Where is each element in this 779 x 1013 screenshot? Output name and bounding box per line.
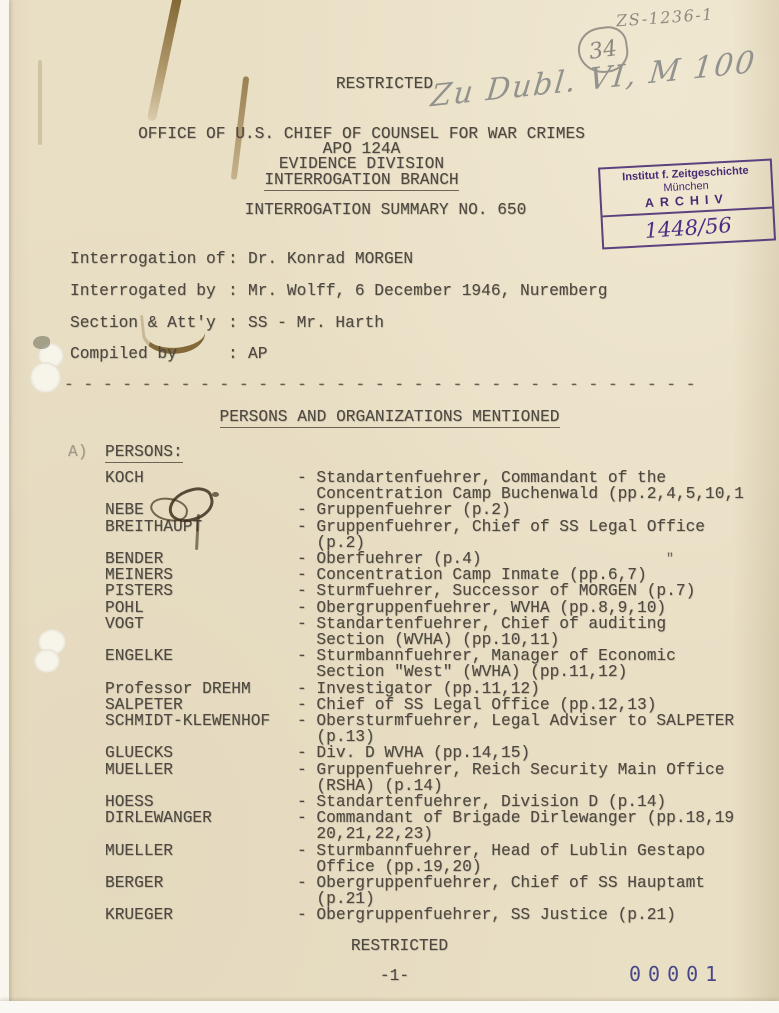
person-row: VOGT- Standartenfuehrer, Chief of auditi… <box>105 616 777 648</box>
person-row: HOESS- Standartenfuehrer, Division D (p.… <box>105 794 777 810</box>
person-description: - Obersturmfuehrer, Legal Adviser to SAL… <box>297 713 734 745</box>
person-description: - Obergruppenfuehrer, WVHA (pp.8,9,10) <box>297 600 666 616</box>
detail-value: Mr. Wolff, 6 December 1946, Nuremberg <box>248 283 607 315</box>
person-row: ENGELKE- Sturmbannfuehrer, Manager of Ec… <box>105 648 777 680</box>
serial-number-stamp: 00001 <box>629 962 724 986</box>
document-page: ZS-1236-1 34 Zu Dubl. VI, M 100 Institut… <box>0 0 779 1013</box>
smudge-mark <box>33 336 50 349</box>
detail-row: Interrogation of:Dr. Konrad MORGEN <box>70 251 730 283</box>
person-row: SCHMIDT-KLEWENHOF- Obersturmfuehrer, Leg… <box>105 713 777 745</box>
person-description: - Oberfuehrer (p.4) <box>297 551 482 567</box>
stray-mark: " <box>666 551 674 567</box>
classification-header: RESTRICTED <box>0 76 779 92</box>
person-row: SALPETER- Chief of SS Legal Office (pp.1… <box>105 697 777 713</box>
person-description: - Chief of SS Legal Office (pp.12,13) <box>297 697 656 713</box>
persons-list: KOCH- Standartenfuehrer, Commandant of t… <box>105 470 777 924</box>
person-row: PISTERS- Sturmfuehrer, Successor of MORG… <box>105 583 777 599</box>
summary-title: INTERROGATION SUMMARY NO. 650 <box>0 202 779 218</box>
detail-row: Interrogated by:Mr. Wolff, 6 December 19… <box>70 283 730 315</box>
person-name: HOESS <box>105 794 297 810</box>
person-name: GLUECKS <box>105 745 297 761</box>
person-name: MUELLER <box>105 843 297 875</box>
person-name: KRUEGER <box>105 907 297 923</box>
scan-edge-bottom <box>0 1001 779 1013</box>
person-row: DIRLEWANGER- Commandant of Brigade Dirle… <box>105 810 777 842</box>
person-row: MEINERS- Concentration Camp Inmate (pp.6… <box>105 567 777 583</box>
detail-row: Compiled by:AP <box>70 346 730 378</box>
detail-colon: : <box>228 283 248 315</box>
person-name: DIRLEWANGER <box>105 810 297 842</box>
classification-footer: RESTRICTED <box>0 938 779 954</box>
person-description: - Sturmbannfuehrer, Head of Lublin Gesta… <box>297 843 705 875</box>
branch-line: INTERROGATION BRANCH <box>0 172 779 188</box>
person-name: VOGT <box>105 616 297 648</box>
details-rows: Interrogation of:Dr. Konrad MORGENInterr… <box>70 251 730 378</box>
detail-row: Section & Att'y:SS - Mr. Harth <box>70 315 730 347</box>
person-row: BENDER- Oberfuehrer (p.4) <box>105 551 777 567</box>
detail-value: AP <box>248 346 267 378</box>
person-name: MUELLER <box>105 762 297 794</box>
person-description: - Div. D WVHA (pp.14,15) <box>297 745 530 761</box>
detail-label: Section & Att'y <box>70 315 228 347</box>
person-description: - Sturmbannfuehrer, Manager of Economic … <box>297 648 676 680</box>
hole-punch <box>34 649 60 673</box>
person-row: MUELLER- Sturmbannfuehrer, Head of Lubli… <box>105 843 777 875</box>
person-name: SCHMIDT-KLEWENHOF <box>105 713 297 745</box>
person-description: - Gruppenfuehrer, Chief of SS Legal Offi… <box>297 519 705 551</box>
detail-label: Interrogation of <box>70 251 228 283</box>
person-name: SALPETER <box>105 697 297 713</box>
ink-stain-streak <box>147 0 182 122</box>
ink-smudge <box>150 489 230 535</box>
person-name: Professor DREHM <box>105 681 297 697</box>
detail-label: Interrogated by <box>70 283 228 315</box>
person-name: MEINERS <box>105 567 297 583</box>
division-line: EVIDENCE DIVISION <box>0 156 779 172</box>
person-row: BERGER- Obergruppenfuehrer, Chief of SS … <box>105 875 777 907</box>
person-row: Professor DREHM- Investigator (pp.11,12) <box>105 681 777 697</box>
pencil-doc-number: ZS-1236-1 <box>615 5 714 31</box>
subsection-marker: A) <box>68 444 87 460</box>
person-description: - Standartenfuehrer, Commandant of the C… <box>297 470 744 502</box>
person-name: BENDER <box>105 551 297 567</box>
person-description: - Commandant of Brigade Dirlewanger (pp.… <box>297 810 734 842</box>
person-row: GLUECKS- Div. D WVHA (pp.14,15) <box>105 745 777 761</box>
person-name: POHL <box>105 600 297 616</box>
person-description: - Concentration Camp Inmate (pp.6,7) <box>297 567 647 583</box>
person-description: - Gruppenfuehrer, Reich Security Main Of… <box>297 762 724 794</box>
dashed-separator: - - - - - - - - - - - - - - - - - - - - … <box>64 377 695 393</box>
detail-value: Dr. Konrad MORGEN <box>248 251 413 283</box>
person-row: POHL- Obergruppenfuehrer, WVHA (pp.8,9,1… <box>105 600 777 616</box>
section-title: PERSONS AND ORGANIZATIONS MENTIONED <box>0 409 779 425</box>
person-name: ENGELKE <box>105 648 297 680</box>
person-row: MUELLER- Gruppenfuehrer, Reich Security … <box>105 762 777 794</box>
person-name: BERGER <box>105 875 297 907</box>
subsection-title: PERSONS: <box>105 444 183 460</box>
detail-colon: : <box>228 346 248 378</box>
person-description: - Sturmfuehrer, Successor of MORGEN (p.7… <box>297 583 695 599</box>
person-name: PISTERS <box>105 583 297 599</box>
person-description: - Obergruppenfuehrer, Chief of SS Haupta… <box>297 875 705 907</box>
person-description: - Standartenfuehrer, Division D (p.14) <box>297 794 666 810</box>
detail-value: SS - Mr. Harth <box>248 315 384 347</box>
person-row: KRUEGER- Obergruppenfuehrer, SS Justice … <box>105 907 777 923</box>
detail-colon: : <box>228 315 248 347</box>
person-description: - Standartenfuehrer, Chief of auditing S… <box>297 616 666 648</box>
detail-label: Compiled by <box>70 346 228 378</box>
detail-colon: : <box>228 251 248 283</box>
person-description: - Obergruppenfuehrer, SS Justice (p.21) <box>297 907 676 923</box>
person-description: - Investigator (pp.11,12) <box>297 681 540 697</box>
person-description: - Gruppenfuehrer (p.2) <box>297 502 511 518</box>
hole-punch <box>30 362 61 393</box>
